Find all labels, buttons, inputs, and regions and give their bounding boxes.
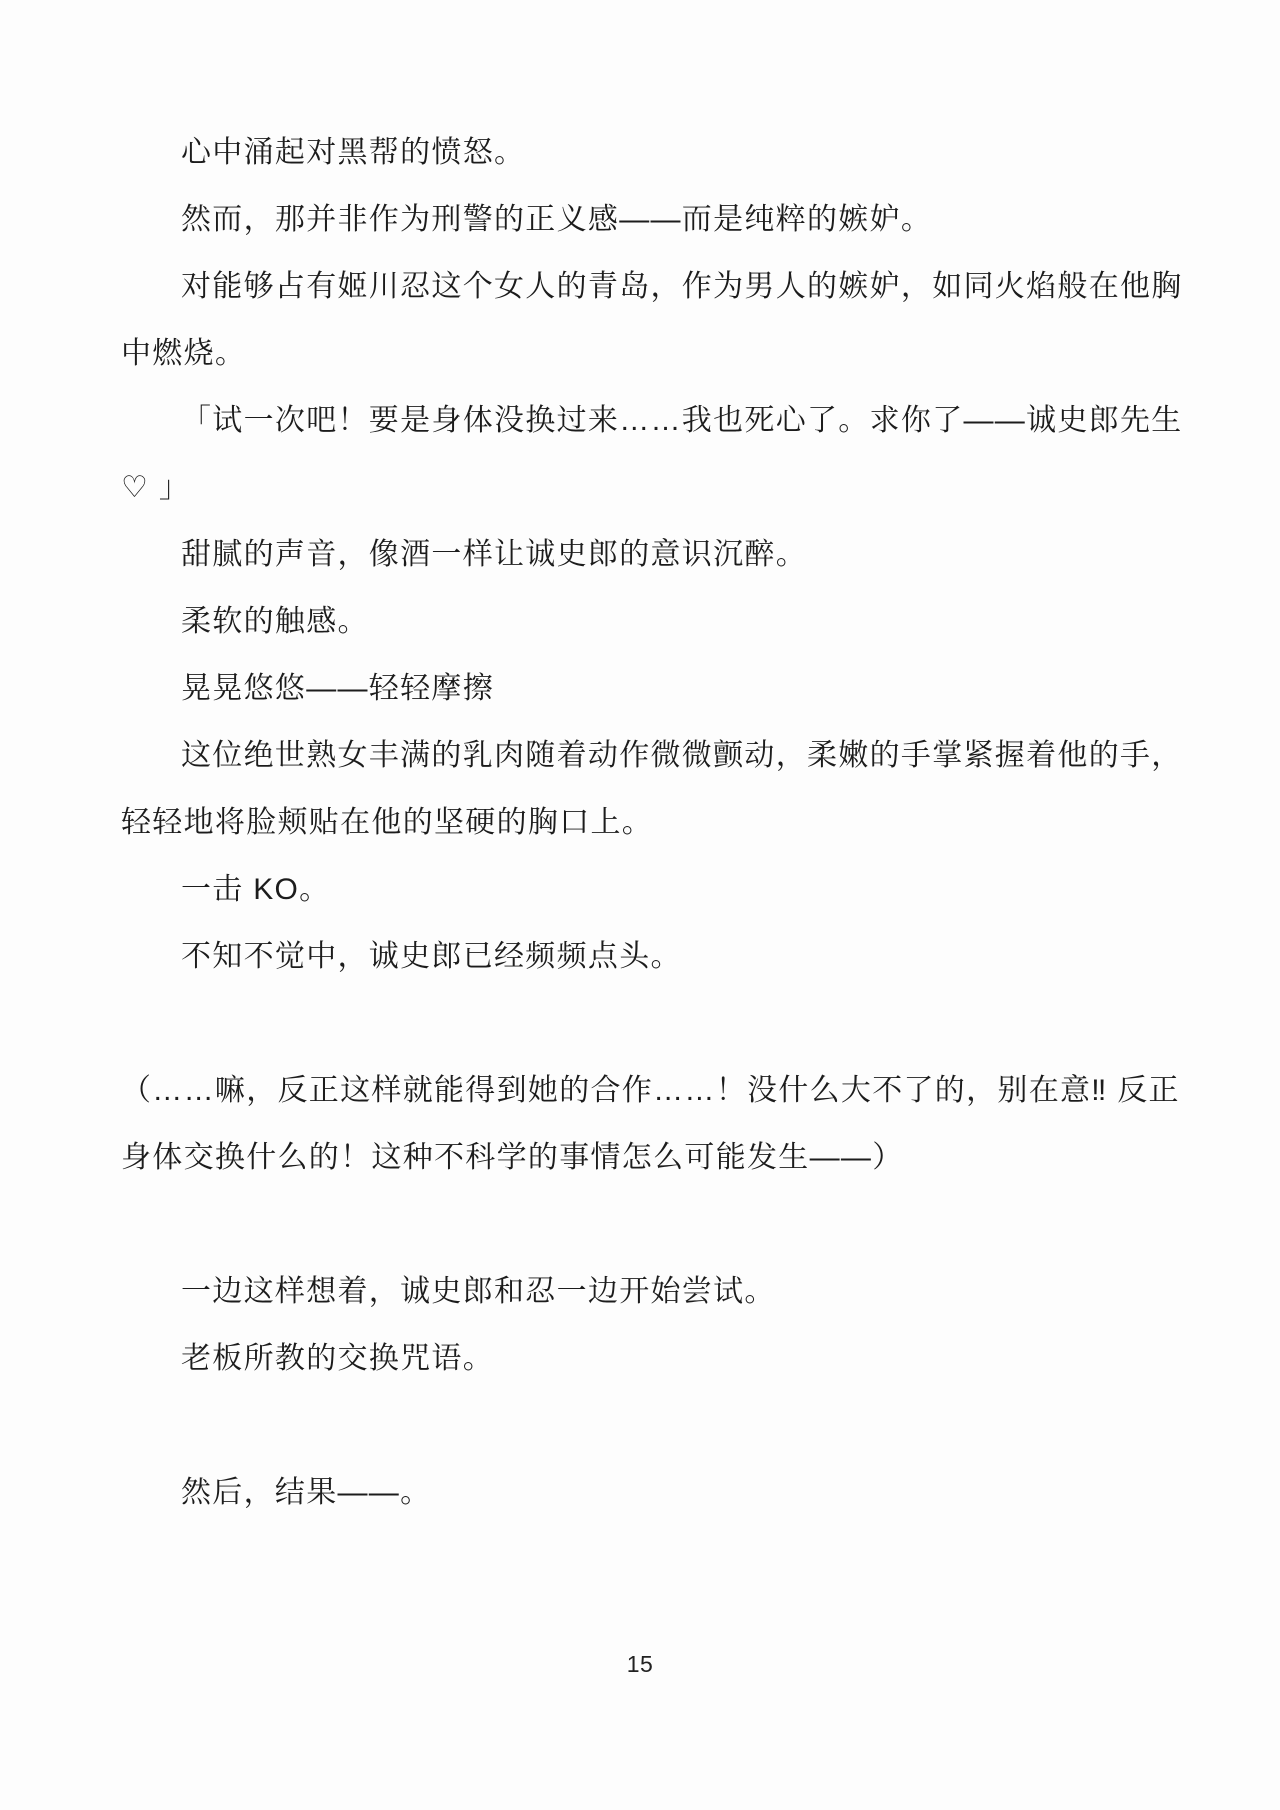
text-line: 然后，结果——。	[121, 1459, 1159, 1526]
text-line: 一击 KO。	[121, 856, 1159, 923]
text-line: 一边这样想着，诚史郎和忍一边开始尝试。	[121, 1258, 1159, 1325]
text-line: 身体交换什么的！这种不科学的事情怎么可能发生——）	[121, 1124, 1159, 1191]
text-line: 这位绝世熟女丰满的乳肉随着动作微微颤动，柔嫩的手掌紧握着他的手，	[121, 722, 1159, 789]
text-line: 「试一次吧！要是身体没换过来……我也死心了。求你了——诚史郎先生	[121, 387, 1159, 454]
text-line: 晃晃悠悠——轻轻摩擦	[121, 655, 1159, 722]
text-line: 老板所教的交换咒语。	[121, 1325, 1159, 1392]
text-line: 不知不觉中，诚史郎已经频频点头。	[121, 923, 1159, 990]
text-line: 轻轻地将脸颊贴在他的坚硬的胸口上。	[121, 789, 1159, 856]
page-number: 15	[0, 1650, 1280, 1678]
text-line: 柔软的触感。	[121, 588, 1159, 655]
document-page: 心中涌起对黑帮的愤怒。然而，那并非作为刑警的正义感——而是纯粹的嫉妒。对能够占有…	[0, 0, 1280, 1810]
text-line: 对能够占有姬川忍这个女人的青岛，作为男人的嫉妒，如同火焰般在他胸	[121, 253, 1159, 320]
text-line: 然而，那并非作为刑警的正义感——而是纯粹的嫉妒。	[121, 186, 1159, 253]
text-line: 心中涌起对黑帮的愤怒。	[121, 119, 1159, 186]
text-line: ♡ 」	[121, 454, 1159, 521]
text-line: （……嘛，反正这样就能得到她的合作……！没什么大不了的，别在意‼ 反正	[121, 1057, 1159, 1124]
text-line: 甜腻的声音，像酒一样让诚史郎的意识沉醉。	[121, 521, 1159, 588]
page-body: 心中涌起对黑帮的愤怒。然而，那并非作为刑警的正义感——而是纯粹的嫉妒。对能够占有…	[121, 119, 1159, 1526]
text-line: 中燃烧。	[121, 320, 1159, 387]
